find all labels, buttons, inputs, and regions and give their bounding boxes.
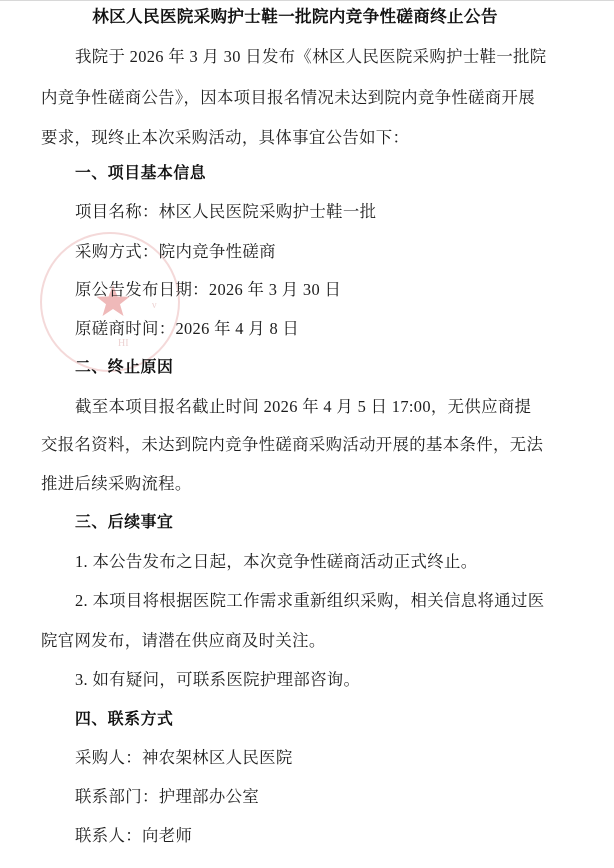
reason-line: 推进后续采购流程。 [41,473,561,495]
follow-up-item-2-cont: 院官网发布，请潜在供应商及时关注。 [41,630,561,652]
follow-up-item-2: 2. 本项目将根据医院工作需求重新组织采购，相关信息将通过医 [75,590,595,612]
section-heading-termination-reason: 二、终止原因 [75,356,173,378]
reason-line: 截至本项目报名截止时间 2026 年 4 月 5 日 17:00，无供应商提 [75,396,595,418]
purchaser: 采购人：神农架林区人民医院 [75,747,595,769]
project-name: 项目名称：林区人民医院采购护士鞋一批 [75,201,595,223]
intro-line: 要求，现终止本次采购活动，具体事宜公告如下： [41,127,561,149]
follow-up-item-1: 1. 本公告发布之日起，本次竞争性磋商活动正式终止。 [75,551,595,573]
contact-department: 联系部门：护理部办公室 [75,786,595,808]
seal-mark: ν [152,300,157,311]
follow-up-item-3: 3. 如有疑问，可联系医院护理部咨询。 [75,669,595,691]
original-negotiation-date: 原磋商时间：2026 年 4 月 8 日 [75,318,595,340]
contact-person: 联系人：向老师 [75,825,595,847]
announcement-page: ν ΗΙ 林区人民医院采购护士鞋一批院内竞争性磋商终止公告 我院于 2026 年… [0,0,614,868]
reason-line: 交报名资料，未达到院内竞争性磋商采购活动开展的基本条件，无法 [41,434,561,456]
top-divider [0,0,614,1]
original-publish-date: 原公告发布日期：2026 年 3 月 30 日 [75,279,595,301]
section-heading-follow-up: 三、后续事宜 [75,511,173,533]
section-heading-basic-info: 一、项目基本信息 [75,162,206,184]
procurement-method: 采购方式：院内竞争性磋商 [75,241,595,263]
intro-line: 我院于 2026 年 3 月 30 日发布《林区人民医院采购护士鞋一批院 [75,46,595,68]
intro-line: 内竞争性磋商公告》，因本项目报名情况未达到院内竞争性磋商开展 [41,87,561,109]
section-heading-contact: 四、联系方式 [75,708,173,730]
document-title: 林区人民医院采购护士鞋一批院内竞争性磋商终止公告 [0,4,590,30]
